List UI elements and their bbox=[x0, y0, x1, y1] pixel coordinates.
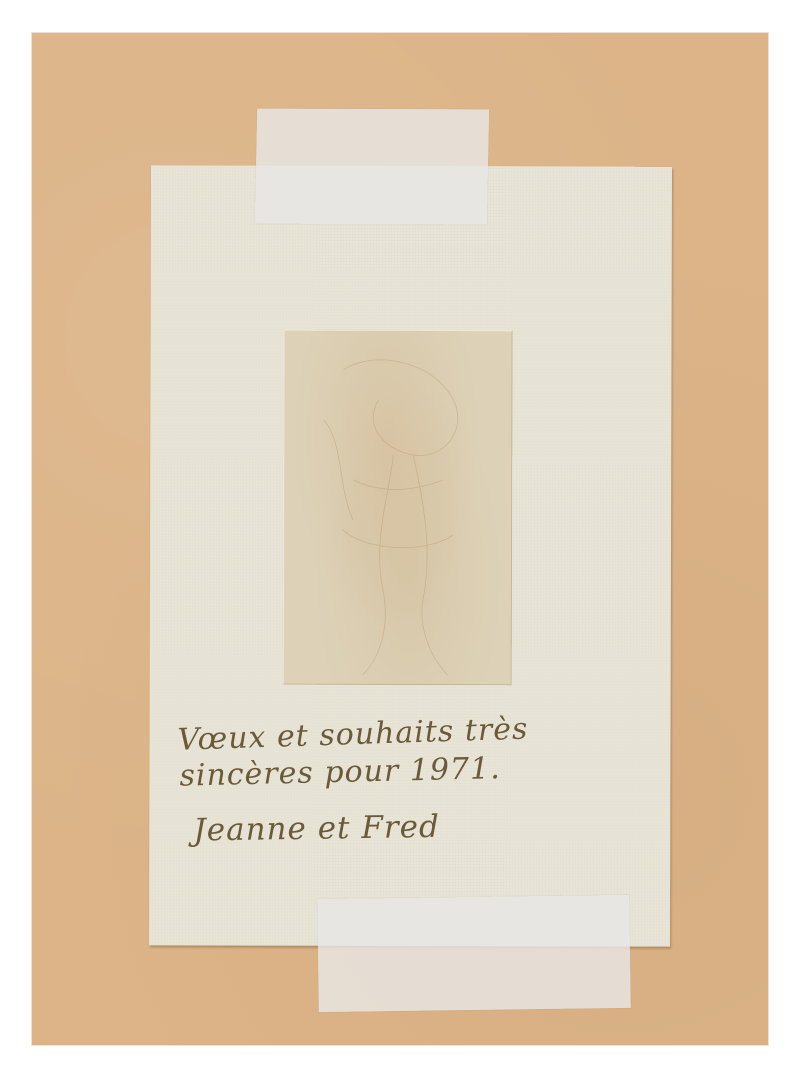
signature: Jeanne et Fred bbox=[193, 805, 658, 850]
handwritten-inscription: Vœux et souhaits très sincères pour 1971… bbox=[167, 713, 657, 846]
tape-strip-bottom bbox=[317, 895, 631, 1012]
etching-plate bbox=[283, 330, 513, 686]
etching-drawing-icon bbox=[283, 330, 513, 686]
tape-strip-top bbox=[255, 109, 489, 225]
greeting-card: Vœux et souhaits très sincères pour 1971… bbox=[149, 165, 672, 946]
